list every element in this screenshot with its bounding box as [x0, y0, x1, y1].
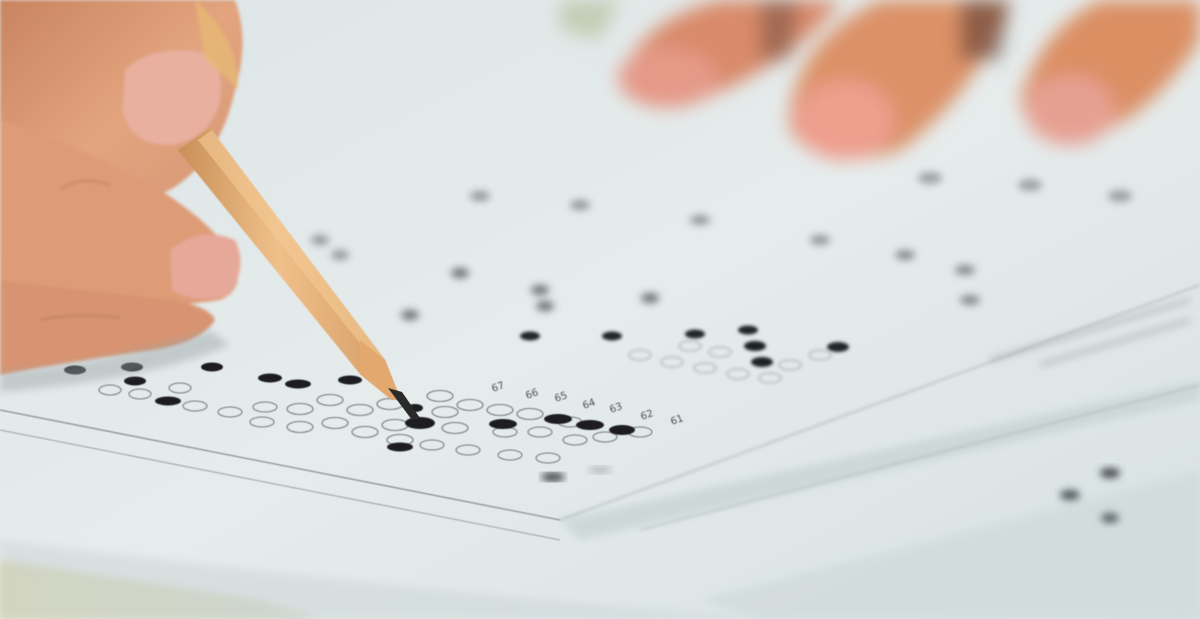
photo-scene: 67 66 65 64 63 62 61	[0, 0, 1200, 619]
omr-photo: 67 66 65 64 63 62 61	[0, 0, 1200, 619]
